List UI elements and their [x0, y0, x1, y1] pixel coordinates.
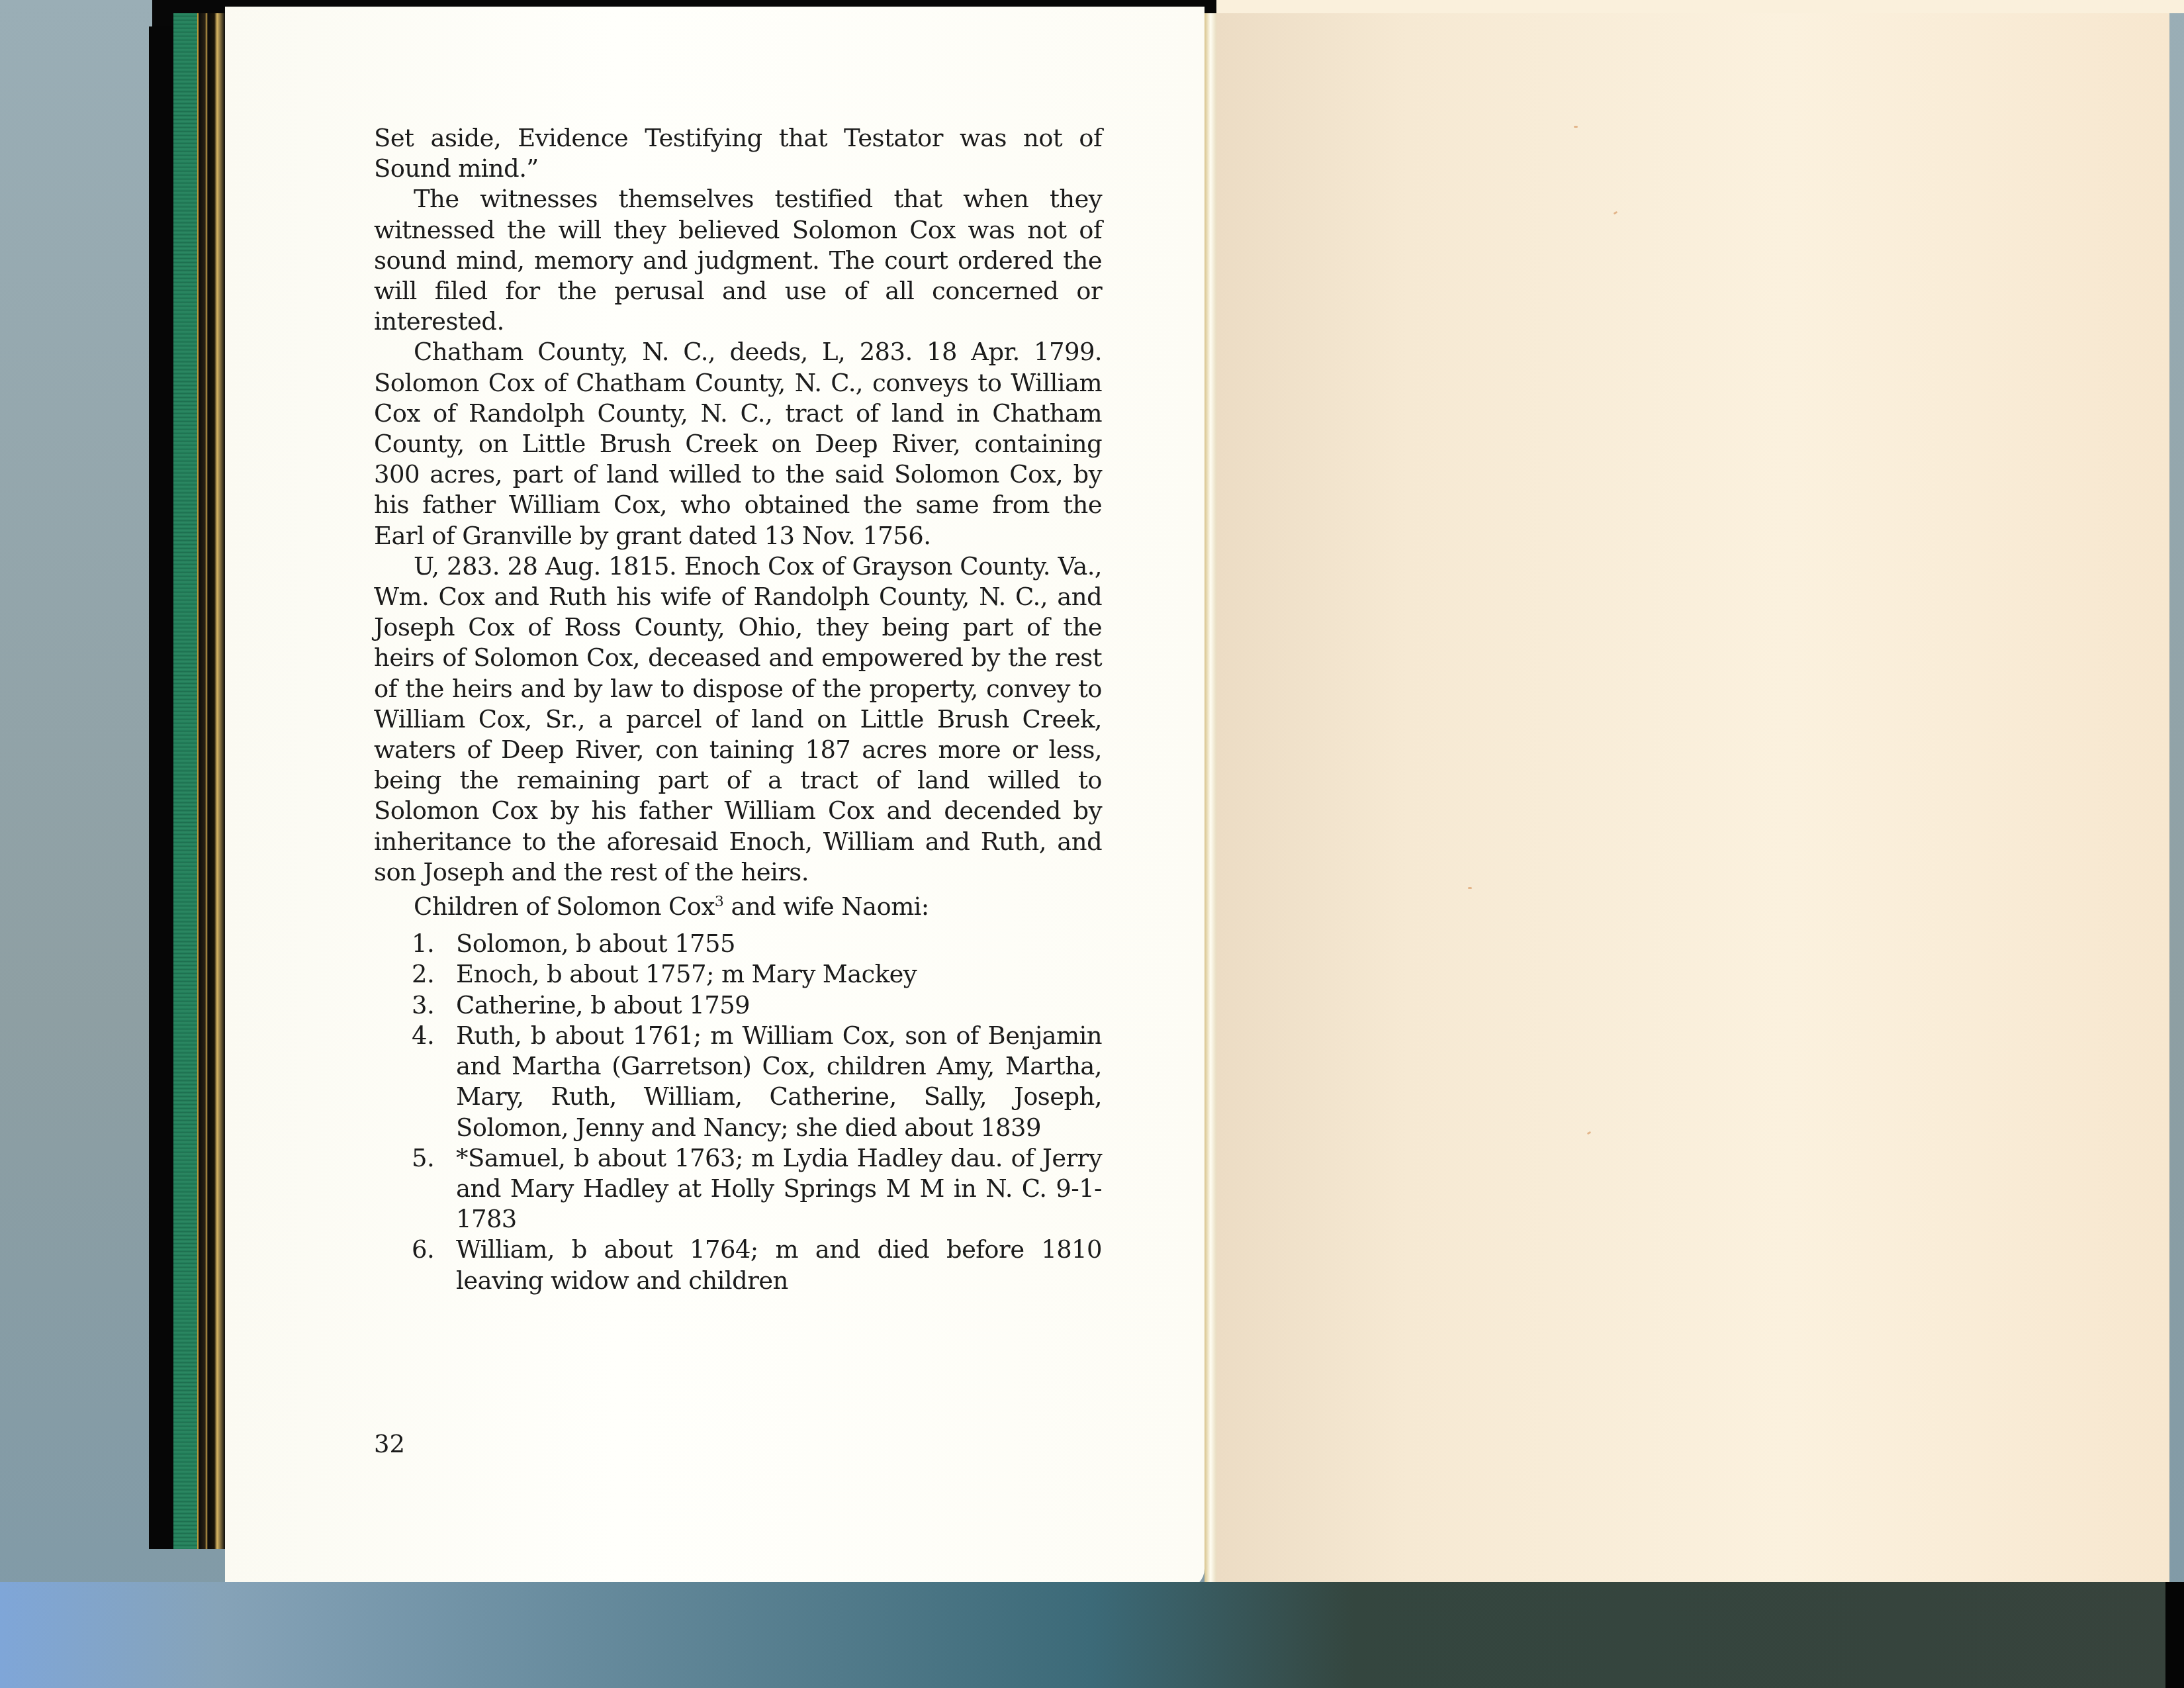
page-number: 32	[374, 1430, 405, 1458]
list-number: 6.	[412, 1235, 434, 1265]
list-item: 2.Enoch, b about 1757; m Mary Mackey	[374, 959, 1102, 990]
children-intro-text: Children of Solomon Cox	[414, 892, 715, 921]
generation-superscript: 3	[715, 893, 724, 910]
book-gutter	[1205, 13, 1216, 1582]
list-number: 4.	[412, 1021, 434, 1051]
children-intro-text-after: and wife Naomi:	[723, 892, 929, 921]
list-item: 4.Ruth, b about 1761; m William Cox, son…	[374, 1021, 1102, 1143]
list-text: Solomon, b about 1755	[456, 929, 735, 958]
scanner-bottom-background	[0, 1582, 2184, 1688]
list-item: 1.Solomon, b about 1755	[374, 929, 1102, 959]
right-page-top-edge	[1216, 0, 2184, 13]
paper-speck	[1574, 126, 1578, 128]
paragraph: Chatham County, N. C., deeds, L, 283. 18…	[374, 337, 1102, 551]
paper-speck	[1614, 211, 1618, 215]
list-number: 3.	[412, 990, 434, 1021]
list-number: 1.	[412, 929, 434, 959]
paragraph: The witnesses themselves testified that …	[374, 184, 1102, 337]
page-body-text: Set aside, Evidence Testifying that Test…	[374, 123, 1102, 1296]
list-number: 2.	[412, 959, 434, 990]
children-intro: Children of Solomon Cox3 and wife Naomi:	[374, 892, 1102, 922]
list-text: Catherine, b about 1759	[456, 991, 750, 1019]
children-list: 1.Solomon, b about 1755 2.Enoch, b about…	[374, 929, 1102, 1295]
paragraph: U, 283. 28 Aug. 1815. Enoch Cox of Grays…	[374, 551, 1102, 888]
list-text: Enoch, b about 1757; m Mary Mackey	[456, 960, 917, 988]
paper-speck	[1587, 1131, 1592, 1135]
page-block-edges	[199, 13, 225, 1549]
paper-speck	[1468, 887, 1472, 889]
list-number: 5.	[412, 1143, 434, 1174]
list-text: Ruth, b about 1761; m William Cox, son o…	[456, 1021, 1102, 1142]
list-item: 5.*Samuel, b about 1763; m Lydia Hadley …	[374, 1143, 1102, 1235]
list-item: 6.William, b about 1764; m and died befo…	[374, 1235, 1102, 1295]
book-spine-cloth	[173, 13, 199, 1549]
paragraph: Set aside, Evidence Testifying that Test…	[374, 123, 1102, 184]
list-text: *Samuel, b about 1763; m Lydia Hadley da…	[456, 1144, 1102, 1233]
right-page-blank	[1216, 13, 2169, 1585]
scanner-right-edge	[2165, 1582, 2184, 1688]
list-text: William, b about 1764; m and died before…	[456, 1235, 1102, 1294]
list-item: 3.Catherine, b about 1759	[374, 990, 1102, 1021]
